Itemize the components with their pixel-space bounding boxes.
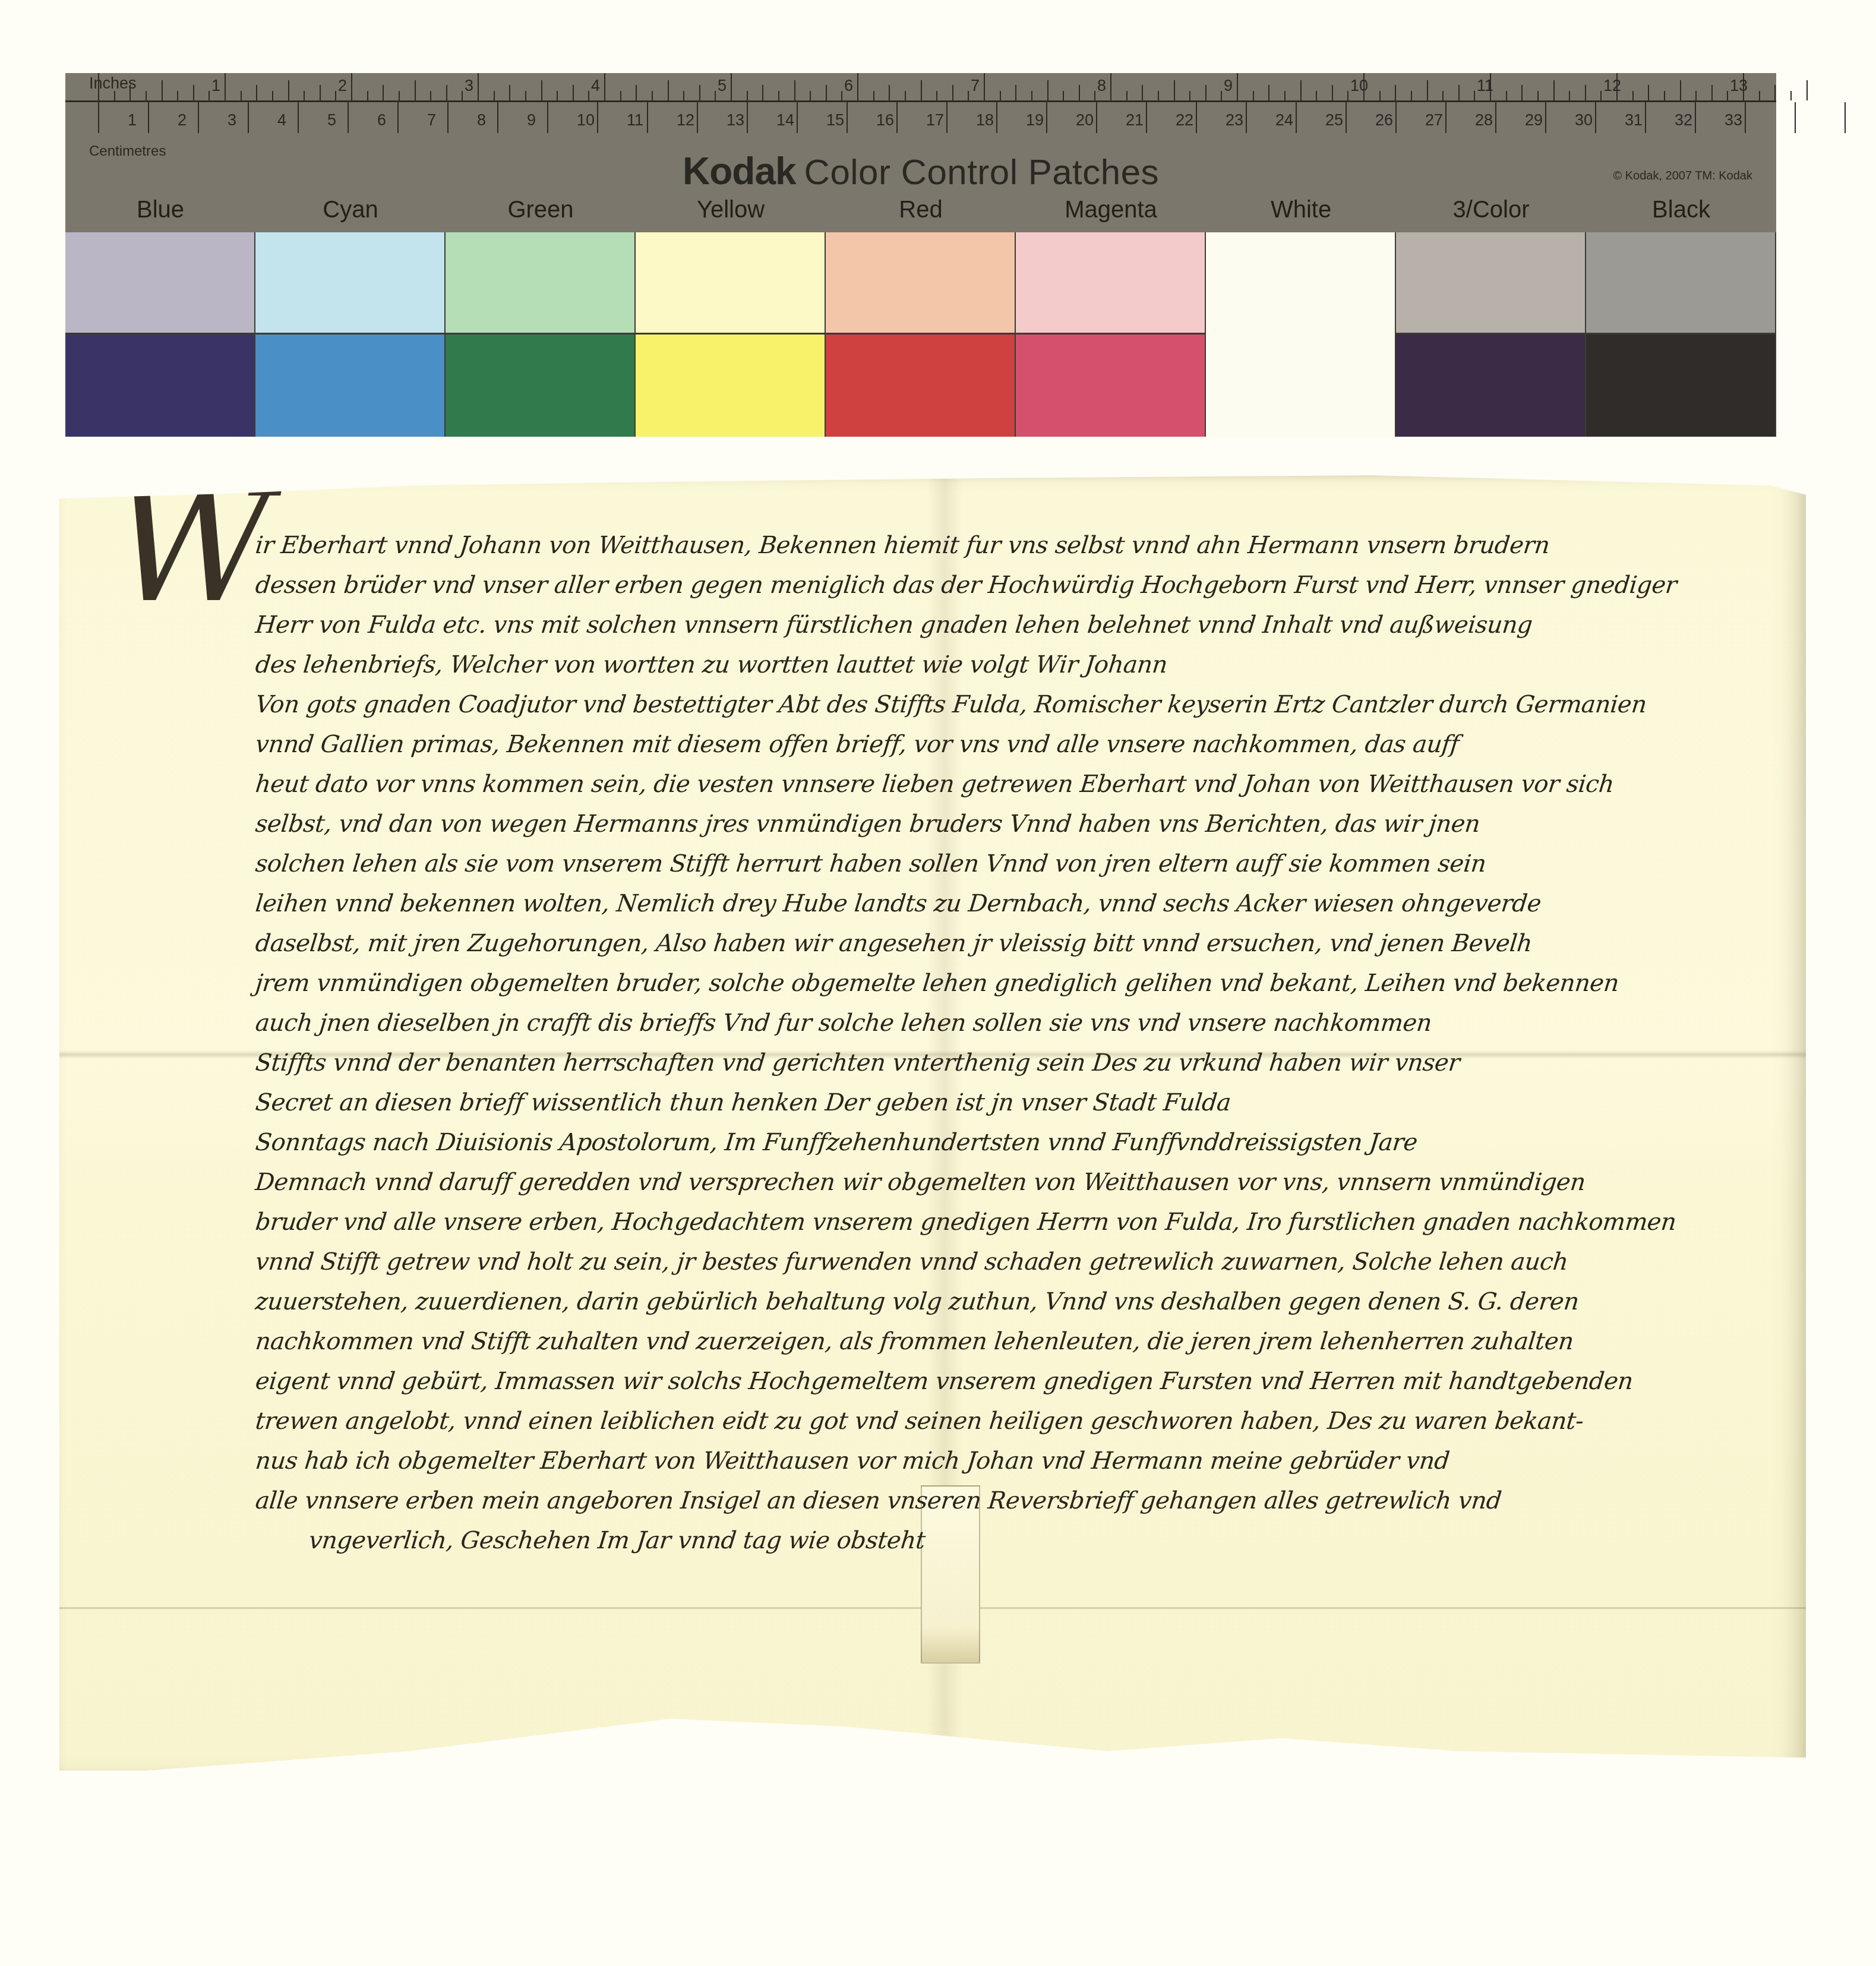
inch-tick: [399, 91, 400, 100]
patch-green-light: [446, 232, 636, 334]
inch-tick: [683, 91, 684, 100]
inch-mark-label: 5: [718, 77, 727, 95]
ruler: Inches Centimetres 12345678910111213 123…: [65, 73, 1776, 140]
cm-tick: [1395, 102, 1397, 133]
inch-tick: [557, 91, 558, 100]
cm-mark-label: 10: [577, 111, 595, 130]
patch-label-magenta: Magenta: [1016, 197, 1206, 223]
cm-mark-label: 29: [1525, 111, 1543, 130]
cm-tick: [1745, 102, 1746, 133]
cm-tick: [98, 102, 99, 133]
inch-tick: [1411, 91, 1412, 100]
inch-tick: [209, 91, 210, 100]
patch-label-cyan: Cyan: [255, 197, 446, 223]
patch-magenta-dark: [1016, 334, 1206, 437]
patch-yellow-dark: [636, 334, 826, 437]
inch-tick: [304, 91, 305, 100]
brand-title: KodakColor Control Patches: [65, 149, 1776, 193]
patch-label-3color: 3/Color: [1396, 197, 1586, 223]
inch-tick: [1711, 85, 1713, 100]
cm-tick: [896, 102, 898, 133]
cm-mark-label: 13: [727, 111, 744, 130]
copyright-note: © Kodak, 2007 TM: Kodak: [1613, 169, 1752, 183]
inch-tick: [1126, 91, 1128, 100]
cm-mark-label: 22: [1176, 111, 1193, 130]
cm-tick: [148, 102, 149, 133]
inch-tick: [1664, 91, 1665, 100]
inch-tick: [873, 91, 874, 100]
cm-tick: [847, 102, 848, 133]
inch-tick: [1237, 73, 1238, 100]
inch-tick: [1521, 85, 1523, 100]
patch-cyan-dark: [255, 334, 446, 437]
patch-blue-dark: [65, 334, 255, 437]
kodak-logo: Kodak: [683, 150, 796, 193]
manuscript-line: Sonntags nach Diuisionis Apostolorum, Im…: [254, 1129, 1790, 1156]
inch-tick: [1585, 85, 1586, 100]
cm-mark-label: 17: [926, 111, 944, 130]
cm-tick: [298, 102, 299, 133]
inch-tick: [335, 91, 336, 100]
patch-magenta-light: [1016, 232, 1206, 334]
cm-mark-label: 7: [427, 111, 436, 130]
cm-mark-label: 9: [527, 111, 536, 130]
cm-tick: [1046, 102, 1047, 133]
cm-mark-label: 5: [327, 111, 336, 130]
manuscript-line: Von gots gnaden Coadjutor vnd bestettigt…: [254, 691, 1790, 718]
inch-tick: [272, 91, 273, 100]
inch-tick: [1632, 91, 1634, 100]
manuscript-line: eigent vnnd gebürt, Immassen wir solchs …: [254, 1368, 1790, 1395]
inch-tick: [604, 73, 605, 100]
inch-tick: [1300, 80, 1302, 100]
manuscript-line: vnnd Stifft getrew vnd holt zu sein, jr …: [254, 1248, 1790, 1276]
inch-tick: [494, 91, 495, 100]
inch-tick: [1442, 91, 1444, 100]
inch-tick: [1695, 91, 1697, 100]
manuscript-line: Demnach vnnd daruff geredden vnd verspre…: [254, 1169, 1790, 1196]
inch-tick: [1142, 85, 1143, 100]
inch-tick: [1316, 91, 1317, 100]
cm-mark-label: 12: [677, 111, 694, 130]
cm-tick: [547, 102, 548, 133]
manuscript-line: Secret an diesen brieff wissentlich thun…: [254, 1089, 1790, 1116]
inch-tick: [162, 80, 163, 100]
cm-mark-label: 1: [128, 111, 137, 130]
cm-mark-label: 21: [1126, 111, 1144, 130]
inch-tick: [652, 91, 653, 100]
cm-tick: [597, 102, 598, 133]
inch-tick: [810, 91, 811, 100]
cm-mark-label: 32: [1675, 111, 1692, 130]
inch-tick: [1268, 85, 1269, 100]
patch-3color-light: [1396, 232, 1586, 334]
cm-tick: [996, 102, 997, 133]
color-patches: [65, 232, 1776, 437]
inch-tick: [1094, 91, 1095, 100]
cm-mark-label: 33: [1725, 111, 1742, 130]
cm-tick: [1146, 102, 1147, 133]
inch-tick: [430, 91, 431, 100]
inch-tick: [573, 85, 574, 100]
inch-mark-label: 8: [1097, 77, 1106, 95]
inch-tick: [1537, 91, 1539, 100]
cm-tick: [1595, 102, 1596, 133]
inch-tick: [588, 91, 589, 100]
manuscript-line: nachkommen vnd Stifft zuhalten vnd zuerz…: [254, 1328, 1790, 1355]
cm-tick: [348, 102, 349, 133]
cm-mark-label: 27: [1425, 111, 1443, 130]
inch-tick: [256, 85, 257, 100]
manuscript-line: zuuerstehen, zuuerdienen, darin gebürlic…: [254, 1288, 1790, 1315]
inch-tick: [1600, 91, 1602, 100]
patch-label-white: White: [1206, 197, 1396, 223]
cm-mark-label: 18: [976, 111, 994, 130]
cm-mark-label: 19: [1026, 111, 1044, 130]
cm-mark-label: 20: [1076, 111, 1094, 130]
inch-tick: [1174, 80, 1175, 100]
inch-tick: [1332, 85, 1333, 100]
inch-tick: [1553, 80, 1555, 100]
inch-tick: [747, 91, 748, 100]
patch-black-light: [1586, 232, 1776, 334]
cm-mark-label: 3: [228, 111, 236, 130]
inch-tick: [1727, 91, 1728, 100]
cm-mark-label: 24: [1275, 111, 1293, 130]
inch-tick: [1347, 91, 1348, 100]
inch-tick: [1379, 91, 1381, 100]
manuscript-line: Herr von Fulda etc. vns mit solchen vnns…: [254, 611, 1790, 639]
inch-tick: [857, 73, 858, 100]
inch-tick: [1648, 85, 1649, 100]
cm-tick: [497, 102, 498, 133]
inch-tick: [1189, 91, 1190, 100]
inch-tick: [762, 85, 763, 100]
inch-tick: [367, 91, 368, 100]
inch-tick: [1506, 91, 1507, 100]
inch-tick: [1774, 85, 1776, 100]
cm-tick: [447, 102, 449, 133]
patch-label-green: Green: [446, 197, 636, 223]
inch-tick: [241, 91, 242, 100]
patch-red-light: [826, 232, 1016, 334]
patch-label-yellow: Yellow: [636, 197, 826, 223]
manuscript-line: heut dato vor vnns kommen sein, die vest…: [254, 771, 1790, 798]
cm-tick: [1845, 102, 1846, 133]
cm-tick: [1495, 102, 1496, 133]
cm-tick: [1695, 102, 1696, 133]
inch-tick: [1569, 91, 1570, 100]
inch-tick: [1806, 80, 1808, 100]
patch-white: [1206, 232, 1396, 437]
manuscript-line: ir Eberhart vnnd Johann von Weitthausen,…: [254, 532, 1790, 559]
inch-tick: [921, 80, 922, 100]
inch-tick: [1474, 91, 1475, 100]
inch-tick: [288, 80, 289, 100]
cm-mark-label: 15: [826, 111, 844, 130]
inch-tick: [841, 91, 842, 100]
inch-tick: [462, 91, 463, 100]
patch-green-dark: [446, 334, 636, 437]
decorated-initial: W: [113, 457, 271, 637]
manuscript-line: des lehenbriefs, Welcher von wortten zu …: [254, 651, 1790, 679]
inch-mark-label: 13: [1730, 77, 1748, 95]
inch-tick: [1063, 91, 1064, 100]
inch-tick: [114, 91, 115, 100]
cm-tick: [647, 102, 648, 133]
inch-tick: [446, 85, 447, 100]
inch-tick: [146, 91, 147, 100]
patch-label-red: Red: [826, 197, 1016, 223]
manuscript-text: W ir Eberhart vnnd Johann von Weitthause…: [59, 475, 1806, 1771]
cm-mark-label: 2: [178, 111, 187, 130]
inch-mark-label: 1: [211, 77, 220, 95]
inch-mark-label: 10: [1350, 77, 1368, 95]
cm-tick: [1096, 102, 1097, 133]
patch-labels: Blue Cyan Green Yellow Red Magenta White…: [65, 197, 1776, 226]
manuscript-line: selbst, vnd dan von wegen Hermanns jres …: [254, 810, 1790, 838]
inch-tick: [1079, 85, 1080, 100]
inch-tick: [1047, 80, 1048, 100]
cm-tick: [697, 102, 698, 133]
cm-mark-label: 23: [1226, 111, 1243, 130]
manuscript-line: solchen lehen als sie vom vnserem Stifft…: [254, 850, 1790, 878]
cm-mark-label: 8: [477, 111, 486, 130]
cm-mark-label: 14: [776, 111, 794, 130]
inch-tick: [1253, 91, 1254, 100]
patch-label-blue: Blue: [65, 197, 255, 223]
inch-tick: [509, 85, 510, 100]
inch-tick: [668, 80, 669, 100]
manuscript-line: alle vnnsere erben mein angeboren Insige…: [254, 1487, 1790, 1514]
cm-tick: [797, 102, 798, 133]
inch-tick: [193, 85, 194, 100]
inch-tick: [130, 85, 131, 100]
inch-tick: [778, 91, 779, 100]
manuscript-line: vngeverlich, Geschehen Im Jar vnnd tag w…: [308, 1527, 1843, 1554]
manuscript-line: leihen vnnd bekennen wolten, Nemlich dre…: [254, 890, 1790, 917]
inch-tick: [1759, 91, 1760, 100]
patch-yellow-light: [636, 232, 826, 334]
cm-tick: [1795, 102, 1796, 133]
inch-tick: [1110, 73, 1111, 100]
inch-tick: [1221, 91, 1222, 100]
inch-tick: [636, 85, 637, 100]
cm-mark-label: 11: [627, 111, 643, 130]
inch-tick: [1458, 85, 1460, 100]
cm-tick: [248, 102, 249, 133]
inch-tick: [478, 73, 479, 100]
manuscript-line: daselbst, mit jren Zugehorungen, Also ha…: [254, 930, 1790, 957]
inch-tick: [952, 85, 953, 100]
inch-tick: [177, 91, 178, 100]
inch-tick: [383, 85, 384, 100]
cm-tick: [198, 102, 199, 133]
inch-tick: [1205, 85, 1207, 100]
manuscript-line: bruder vnd alle vnsere erben, Hochgedach…: [254, 1208, 1790, 1236]
inch-tick: [1158, 91, 1159, 100]
cm-tick: [747, 102, 748, 133]
strip-title: Color Control Patches: [804, 152, 1159, 192]
inch-mark-label: 3: [465, 77, 473, 95]
inch-tick: [320, 85, 321, 100]
inch-tick: [984, 73, 985, 100]
cm-tick: [1196, 102, 1197, 133]
cm-mark-label: 31: [1625, 111, 1643, 130]
manuscript-line: Stiffts vnnd der benanten herrschaften v…: [254, 1049, 1790, 1077]
inch-tick: [826, 85, 827, 100]
inch-mark-label: 4: [591, 77, 600, 95]
inch-mark-label: 11: [1477, 77, 1493, 95]
cm-mark-label: 26: [1375, 111, 1393, 130]
inch-tick: [1395, 85, 1396, 100]
cm-mark-label: 16: [876, 111, 894, 130]
inch-mark-label: 2: [338, 77, 347, 95]
patch-label-black: Black: [1586, 197, 1776, 223]
inch-tick: [541, 80, 542, 100]
cm-mark-label: 6: [377, 111, 386, 130]
cm-tick: [1545, 102, 1546, 133]
manuscript-line: jrem vnmündigen obgemelten bruder, solch…: [254, 970, 1790, 997]
cm-mark-label: 25: [1325, 111, 1343, 130]
inch-mark-label: 6: [844, 77, 853, 95]
inch-tick: [225, 73, 226, 100]
cm-tick: [1296, 102, 1297, 133]
ruler-midline: [65, 100, 1776, 102]
manuscript-line: dessen brüder vnd vnser aller erben gege…: [254, 572, 1790, 599]
patch-blue-light: [65, 232, 255, 334]
inch-tick: [351, 73, 352, 100]
patch-3color-dark: [1396, 334, 1586, 437]
inch-tick: [889, 85, 890, 100]
cm-mark-label: 28: [1475, 111, 1493, 130]
inch-tick: [905, 91, 906, 100]
cm-tick: [1346, 102, 1347, 133]
manuscript-line: nus hab ich obgemelter Eberhart von Weit…: [254, 1447, 1790, 1475]
manuscript-line: auch jnen dieselben jn crafft dis brieff…: [254, 1009, 1790, 1037]
patch-cyan-light: [255, 232, 446, 334]
cm-tick: [397, 102, 399, 133]
inch-tick: [794, 80, 795, 100]
inch-tick: [936, 91, 937, 100]
inch-tick: [968, 91, 969, 100]
cm-mark-label: 30: [1575, 111, 1593, 130]
inch-tick: [699, 85, 700, 100]
inch-tick: [1284, 91, 1286, 100]
inch-mark-label: 7: [971, 77, 980, 95]
manuscript-parchment: W ir Eberhart vnnd Johann von Weitthause…: [59, 475, 1806, 1771]
patch-red-dark: [826, 334, 1016, 437]
inch-tick: [1790, 91, 1792, 100]
inch-tick: [1680, 80, 1681, 100]
manuscript-line: vnnd Gallien primas, Bekennen mit diesem…: [254, 731, 1790, 758]
cm-mark-label: 4: [277, 111, 286, 130]
inch-tick: [1031, 91, 1032, 100]
inch-mark-label: 12: [1603, 77, 1621, 95]
inch-tick: [525, 91, 526, 100]
kodak-color-control-strip: Inches Centimetres 12345678910111213 123…: [65, 73, 1776, 437]
inch-tick: [1000, 91, 1001, 100]
inch-tick: [731, 73, 732, 100]
inch-mark-label: 9: [1224, 77, 1233, 95]
inch-tick: [715, 91, 716, 100]
cm-tick: [1445, 102, 1447, 133]
cm-tick: [1246, 102, 1247, 133]
inch-tick: [620, 91, 621, 100]
cm-tick: [946, 102, 948, 133]
inch-tick: [1427, 80, 1428, 100]
manuscript-line: trewen angelobt, vnnd einen leiblichen e…: [254, 1408, 1790, 1435]
cm-tick: [1645, 102, 1646, 133]
patch-black-dark: [1586, 334, 1776, 437]
inch-tick: [98, 73, 99, 100]
inch-tick: [415, 80, 416, 100]
inch-tick: [1015, 85, 1016, 100]
